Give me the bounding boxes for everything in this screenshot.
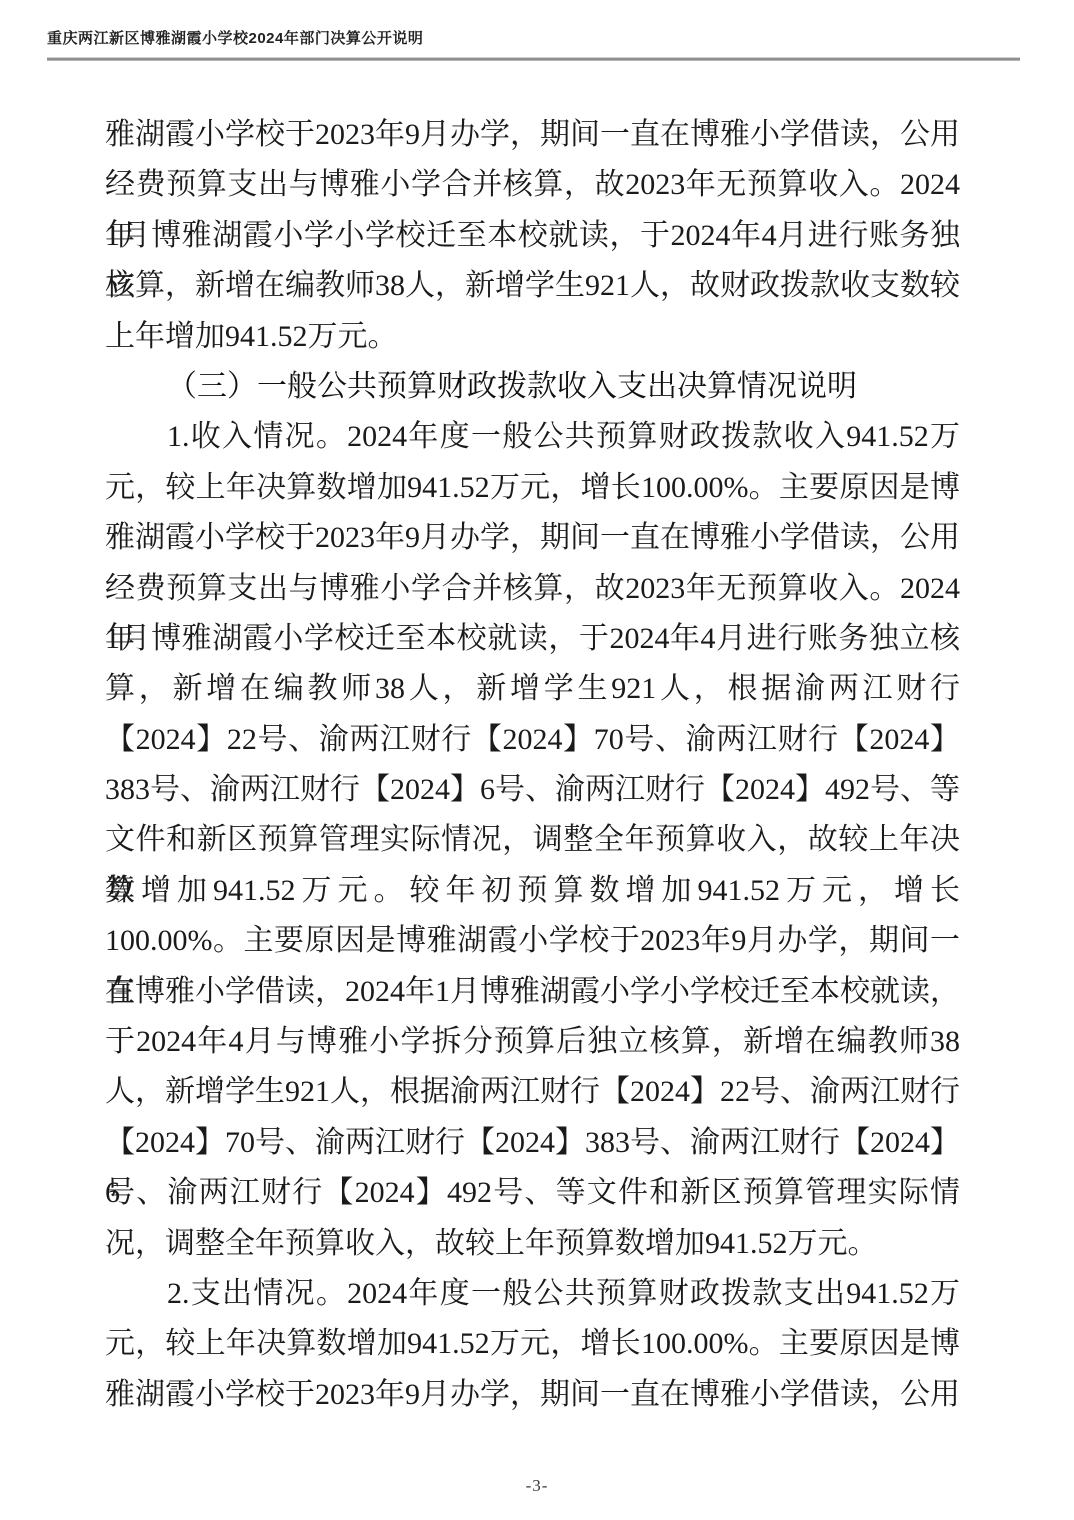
page-header: 重庆两江新区博雅湖霞小学校2024年部门决算公开说明 [47,28,1020,61]
page-number: -3- [526,1476,549,1495]
text-line: 号、渝两江财行【2024】492号、等文件和新区预算管理实际情 [105,1168,960,1218]
text-line: 1.收入情况。2024年度一般公共预算财政拨款收入941.52万 [105,412,960,462]
text-line: 经费预算支出与博雅小学合并核算，故2023年无预算收入。2024年 [105,564,960,614]
text-line: 【2024】22号、渝两江财行【2024】70号、渝两江财行【2024】 [105,715,960,765]
header-title: 重庆两江新区博雅湖霞小学校2024年部门决算公开说明 [47,28,1020,50]
text-line: 雅湖霞小学校于2023年9月办学，期间一直在博雅小学借读，公用 [105,1370,960,1420]
text-line: 雅湖霞小学校于2023年9月办学，期间一直在博雅小学借读，公用 [105,110,960,160]
text-line: 100.00%。主要原因是博雅湖霞小学校于2023年9月办学，期间一直 [105,916,960,966]
section-heading: （三）一般公共预算财政拨款收入支出决算情况说明 [105,362,960,412]
text-line: 383号、渝两江财行【2024】6号、渝两江财行【2024】492号、等 [105,765,960,815]
text-line: 人，新增学生921人，根据渝两江财行【2024】22号、渝两江财行 [105,1067,960,1117]
page-footer: -3- [0,1476,1074,1496]
text-line: 数增加941.52万元。较年初预算数增加941.52万元，增长 [105,866,960,916]
text-line: 经费预算支出与博雅小学合并核算，故2023年无预算收入。2024年 [105,160,960,210]
text-line: 上年增加941.52万元。 [105,312,960,362]
header-rule [47,57,1020,61]
text-line: 况，调整全年预算收入，故较上年预算数增加941.52万元。 [105,1219,960,1269]
text-line: 【2024】70号、渝两江财行【2024】383号、渝两江财行【2024】6 [105,1118,960,1168]
text-line: 核算，新增在编教师38人，新增学生921人，故财政拨款收支数较 [105,261,960,311]
text-line: 在博雅小学借读，2024年1月博雅湖霞小学小学校迁至本校就读， [105,967,960,1017]
text-line: 算，新增在编教师38人，新增学生921人，根据渝两江财行 [105,664,960,714]
text-line: 2.支出情况。2024年度一般公共预算财政拨款支出941.52万 [105,1269,960,1319]
text-line: 元，较上年决算数增加941.52万元，增长100.00%。主要原因是博 [105,1319,960,1369]
text-line: 雅湖霞小学校于2023年9月办学，期间一直在博雅小学借读，公用 [105,513,960,563]
text-line: 元，较上年决算数增加941.52万元，增长100.00%。主要原因是博 [105,463,960,513]
text-line: 于2024年4月与博雅小学拆分预算后独立核算，新增在编教师38 [105,1017,960,1067]
text-line: 1月博雅湖霞小学校迁至本校就读，于2024年4月进行账务独立核 [105,614,960,664]
text-line: 1月博雅湖霞小学小学校迁至本校就读，于2024年4月进行账务独立 [105,211,960,261]
text-line: 文件和新区预算管理实际情况，调整全年预算收入，故较上年决算 [105,815,960,865]
document-body: 雅湖霞小学校于2023年9月办学，期间一直在博雅小学借读，公用经费预算支出与博雅… [105,110,960,1420]
document-page: 重庆两江新区博雅湖霞小学校2024年部门决算公开说明 雅湖霞小学校于2023年9… [0,0,1074,1520]
